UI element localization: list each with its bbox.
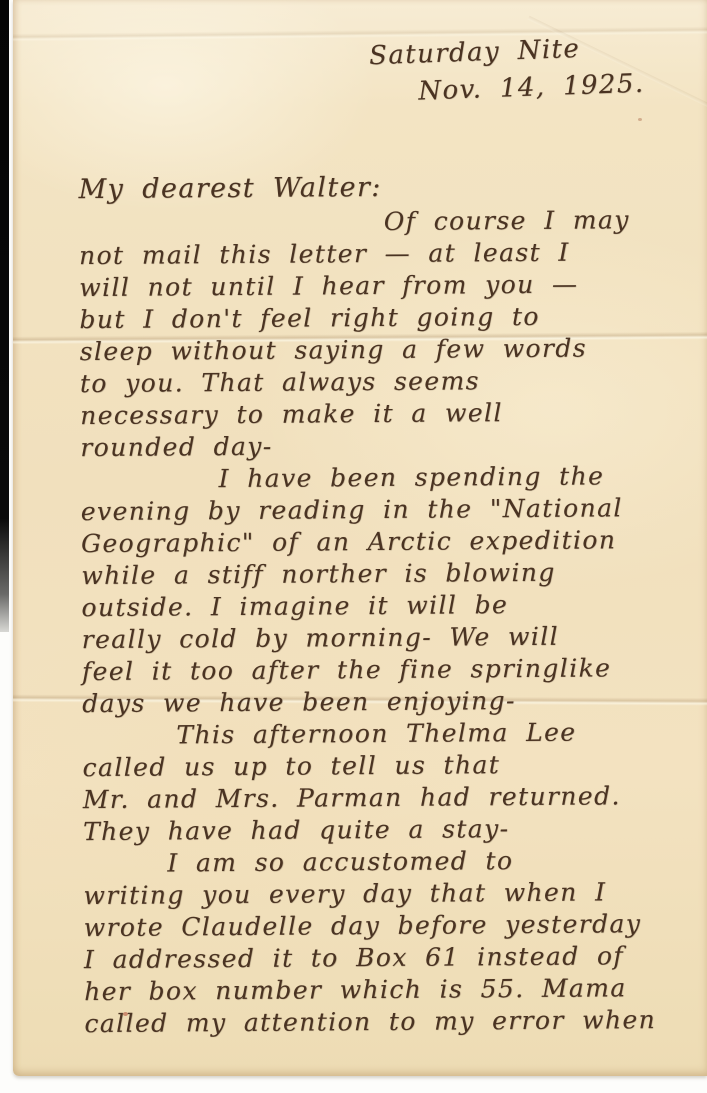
paragraph-4: I am so accustomed to writing you every … xyxy=(83,844,684,1040)
dateline: Saturday Nite Nov. 14, 1925. xyxy=(77,28,679,123)
letter-line: sleep without saying a few words xyxy=(80,332,680,368)
paragraph-3: This afternoon Thelma Lee called us up t… xyxy=(82,716,683,848)
letter-line: feel it too after the fine springlike xyxy=(82,652,682,688)
letter-line: outside. I imagine it will be xyxy=(81,588,681,624)
letter-line: Geographic" of an Arctic expedition xyxy=(81,524,681,560)
letter-line: while a stiff norther is blowing xyxy=(81,556,681,592)
letter-line: to you. That always seems xyxy=(80,364,680,400)
salutation: My dearest Walter: xyxy=(78,168,678,208)
letter-line: not mail this letter — at least I xyxy=(79,236,679,272)
letter-line: I addressed it to Box 61 instead of xyxy=(84,940,684,976)
letter-line: her box number which is 55. Mama xyxy=(84,972,684,1008)
letter-line: called my attention to my error when xyxy=(84,1004,684,1040)
letter-line: Of course I may xyxy=(79,204,679,240)
letter-line: I am so accustomed to xyxy=(83,844,683,880)
letter-line: called us up to tell us that xyxy=(82,748,682,784)
scanner-edge-strip xyxy=(0,0,9,632)
letter-line: I have been spending the xyxy=(80,460,680,496)
letter-paper: Saturday Nite Nov. 14, 1925. My dearest … xyxy=(13,0,707,1076)
letter-line: rounded day- xyxy=(80,428,680,464)
letter-line: They have had quite a stay- xyxy=(83,812,683,848)
letter-line: necessary to make it a well xyxy=(80,396,680,432)
letter-line: will not until I hear from you — xyxy=(79,268,679,304)
letter-line: writing you every day that when I xyxy=(83,876,683,912)
letter-line: This afternoon Thelma Lee xyxy=(82,716,682,752)
letter-line: but I don't feel right going to xyxy=(79,300,679,336)
letter-line: really cold by morning- We will xyxy=(82,620,682,656)
letter-line: wrote Claudelle day before yesterday xyxy=(84,908,684,944)
paragraph-2: I have been spending the evening by read… xyxy=(80,460,682,720)
paragraph-1: Of course I may not mail this letter — a… xyxy=(79,204,681,464)
letter-line: days we have been enjoying- xyxy=(82,684,682,720)
letter-content: Saturday Nite Nov. 14, 1925. My dearest … xyxy=(78,36,685,1040)
letter-line: Mr. and Mrs. Parman had returned. xyxy=(83,780,683,816)
scanned-letter-page: Saturday Nite Nov. 14, 1925. My dearest … xyxy=(0,0,707,1093)
letter-line: evening by reading in the "National xyxy=(81,492,681,528)
